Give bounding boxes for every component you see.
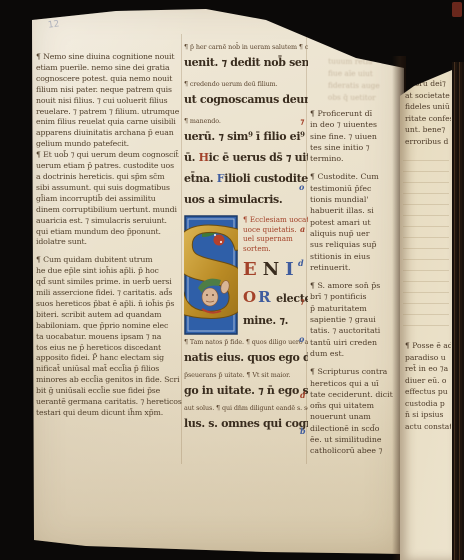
ruled-lines bbox=[403, 160, 449, 328]
initial-row: S ¶ Ecclesiam uocatuoce quietatis.uel su… bbox=[184, 215, 308, 335]
text-line: diuer eū. o bbox=[405, 375, 451, 387]
text-line: enim filius reuelat quia carne uisibili bbox=[36, 117, 184, 128]
text-line: et̄na. Filioli custodite bbox=[184, 168, 308, 189]
text-line: mili assercione fidei. ⁊ caritatis. ad̄s bbox=[36, 288, 184, 299]
text-line: ¶ Et uob̄ ⁊ qui uerum deum cognoscit̄ bbox=[36, 150, 184, 161]
text-line: gelium mundo patefecit. bbox=[36, 139, 184, 150]
text-line: uel supernam bbox=[243, 234, 308, 244]
text-segment: O bbox=[243, 288, 258, 306]
text-line: apparens diuinitatis archana p̄ euan bbox=[36, 128, 184, 139]
text-line: uerum etiam p̄ patres. custodite uos bbox=[36, 161, 184, 172]
text-line: testari qui deum dicunt ih̄m xp̄m. bbox=[36, 408, 184, 419]
text-segment: electę dō bbox=[273, 292, 308, 305]
text-line: bit ḡ uniūsali eccl̄ie sue fidei p̄se bbox=[36, 386, 184, 397]
text-line: idolatre sunt. bbox=[36, 237, 184, 248]
text-line: uenit. ⁊ dedit nob̄ sensū bbox=[184, 52, 308, 73]
center-text-column: ¶ p̄ her carnē nob̄ in ueram salutem ¶ c… bbox=[184, 36, 308, 434]
text-segment: R bbox=[258, 288, 272, 306]
elder-face-icon bbox=[202, 288, 218, 306]
text-line: mine. ⁊. bbox=[243, 311, 308, 331]
text-line: etiam puerile. nemo sine dei gratia bbox=[36, 63, 184, 74]
manuscript-photo: 12 ¶ Nemo sine diuina cognitione nouitet… bbox=[0, 0, 464, 560]
text-line: ¶ p̄ her carnē nob̄ in ueram salutem ¶ c… bbox=[184, 42, 308, 52]
text-line: sortem. bbox=[243, 244, 308, 254]
next-page-text-bottom: ¶ Posse ē adparadiso uret̄ in eo ⁊adiuer… bbox=[405, 340, 451, 432]
text-line: ¶ Ecclesiam uocat bbox=[243, 215, 308, 225]
text-line: uos a simulacris. bbox=[184, 189, 308, 210]
text-line: biteri. scribit autem ad quandam bbox=[36, 310, 184, 321]
text-line: nouit nisi filius. ⁊ cui uoluerit filius bbox=[36, 96, 184, 107]
text-line: ENI bbox=[243, 258, 308, 282]
text-line: n̄ si ipsius bbox=[405, 409, 451, 421]
text-line: babiloniam. que p̄prio nomine elec bbox=[36, 321, 184, 332]
illuminated-initial-S: S bbox=[184, 215, 238, 335]
scripture-display-text: ¶ Ecclesiam uocatuoce quietatis.uel supe… bbox=[243, 215, 308, 335]
initial-letter: S bbox=[184, 215, 238, 335]
text-line: ut cognoscamus deum bbox=[184, 89, 308, 110]
text-line: ¶ Nemo sine diuina cognitione nouit bbox=[36, 52, 184, 63]
text-line: p̄seuerans p̄ uitate. ¶ Vt sit maior. bbox=[184, 370, 308, 380]
text-segment: I bbox=[285, 259, 299, 280]
text-line: custodia p bbox=[405, 398, 451, 410]
page-edge-line bbox=[29, 22, 31, 538]
text-segment: E bbox=[243, 259, 263, 280]
text-line: actu constat bbox=[405, 421, 451, 433]
text-line: ritate confes bbox=[405, 113, 451, 125]
text-line: nificat̄ uniūsal mat̄ eccl̄ia p̄ filios bbox=[36, 364, 184, 375]
text-line: reuelare. ⁊ patrem ⁊ filium. utrumque bbox=[36, 107, 184, 118]
text-line: qd̄ sunt similes prime. in uerb̄ uersi bbox=[36, 277, 184, 288]
text-line: cognoscere potest. quia nemo nouit bbox=[36, 74, 184, 85]
text-line: OR electę dō bbox=[243, 285, 308, 311]
text-line: he due ep̄le sint ioh̄is ap̄li. p̄ hoc bbox=[36, 266, 184, 277]
text-segment: ilioli custodite bbox=[224, 172, 308, 185]
text-segment: ū. bbox=[184, 151, 199, 164]
text-segment: et̄na. bbox=[184, 172, 217, 185]
next-page-edge: ticorū dei⁊at societatefideles uniūritat… bbox=[400, 0, 452, 560]
text-segment: lus. s. omnes qui cogn bbox=[184, 417, 308, 430]
text-line: aut solus. ¶ qui dn̄m diligunt eandē s. … bbox=[184, 403, 308, 413]
text-line: uerū. ⁊ sim⁹ ī filio ei⁹ bbox=[184, 126, 308, 147]
text-segment: N bbox=[263, 259, 285, 280]
text-line: erroribus d bbox=[405, 136, 451, 148]
text-line: tos eius ne p̄ hereticos discedant bbox=[36, 343, 184, 354]
text-line: effectus pu bbox=[405, 386, 451, 398]
book-fore-edge bbox=[452, 62, 464, 560]
text-line: at societate bbox=[405, 90, 451, 102]
text-line: ta uocabatur. mouens ipsam ⁊ na bbox=[36, 332, 184, 343]
text-line: ū. Hic ē uerus ds̄ ⁊ uita bbox=[184, 147, 308, 168]
text-line: natis eius. quos ego dili bbox=[184, 347, 308, 368]
left-gloss-column: ¶ Nemo sine diuina cognitione nouitetiam… bbox=[36, 52, 184, 419]
red-edge-mark bbox=[452, 2, 462, 17]
text-line: uoce quietatis. bbox=[243, 225, 308, 235]
text-line: minores ab eccl̄ia genitos in fide. Scri bbox=[36, 375, 184, 386]
text-line: a doctrinis hereticis. qui sp̄m sc̄m bbox=[36, 172, 184, 183]
text-line: ¶ Cum quidam dubitent utrum bbox=[36, 255, 184, 266]
text-line: dinem corruptibilium uertunt. mundi bbox=[36, 205, 184, 216]
text-line: gl̄iam incorruptib̄ dei assimilitu bbox=[36, 194, 184, 205]
text-line: ret̄ in eo ⁊a bbox=[405, 363, 451, 375]
text-line: ¶ manendo. bbox=[184, 116, 308, 126]
text-line: apposito fidei. P̄ hanc electam sig bbox=[36, 353, 184, 364]
manuscript-page: 12 ¶ Nemo sine diuina cognitione nouitet… bbox=[26, 0, 404, 556]
text-line: filium nisi pater. neque patrem quis bbox=[36, 85, 184, 96]
text-line: uerantē germana caritatis. ⁊ hereticos d… bbox=[36, 397, 184, 408]
text-line: lus. s. omnes qui cognō bbox=[184, 413, 308, 434]
text-line: qui etiam mundum deo p̄ponunt. bbox=[36, 227, 184, 238]
text-line: go in uitate. ⁊ n̄ ego so bbox=[184, 380, 308, 401]
next-page-text-top: ticorū dei⁊at societatefideles uniūritat… bbox=[405, 78, 451, 147]
text-line: sibi assumunt. qui suis dogmatibus bbox=[36, 183, 184, 194]
scripture-text-top: ¶ p̄ her carnē nob̄ in ueram salutem ¶ c… bbox=[184, 42, 308, 210]
text-line: ¶ Posse ē ad bbox=[405, 340, 451, 352]
text-line: suos hereticos p̄bat ē ap̄li. n̄ ioh̄is … bbox=[36, 299, 184, 310]
folio-mark: 12 bbox=[47, 19, 60, 30]
text-line: ¶ Tam natos p̄ fide. ¶ quos diligo uero … bbox=[184, 337, 308, 347]
scripture-text-bottom: ¶ Tam natos p̄ fide. ¶ quos diligo uero … bbox=[184, 337, 308, 434]
text-line: ticorū dei⁊ bbox=[405, 78, 451, 90]
text-line: ¶ credendo uerum deū filium. bbox=[184, 79, 308, 89]
text-line: unt. bene⁊ bbox=[405, 124, 451, 136]
text-segment: ic ē uerus ds̄ ⁊ uita bbox=[209, 151, 308, 164]
text-line: auaricia est. ⁊ simulacris seruiunt. bbox=[36, 216, 184, 227]
text-line: fideles uniū bbox=[405, 101, 451, 113]
text-segment: H bbox=[199, 151, 209, 164]
text-line: paradiso u bbox=[405, 352, 451, 364]
